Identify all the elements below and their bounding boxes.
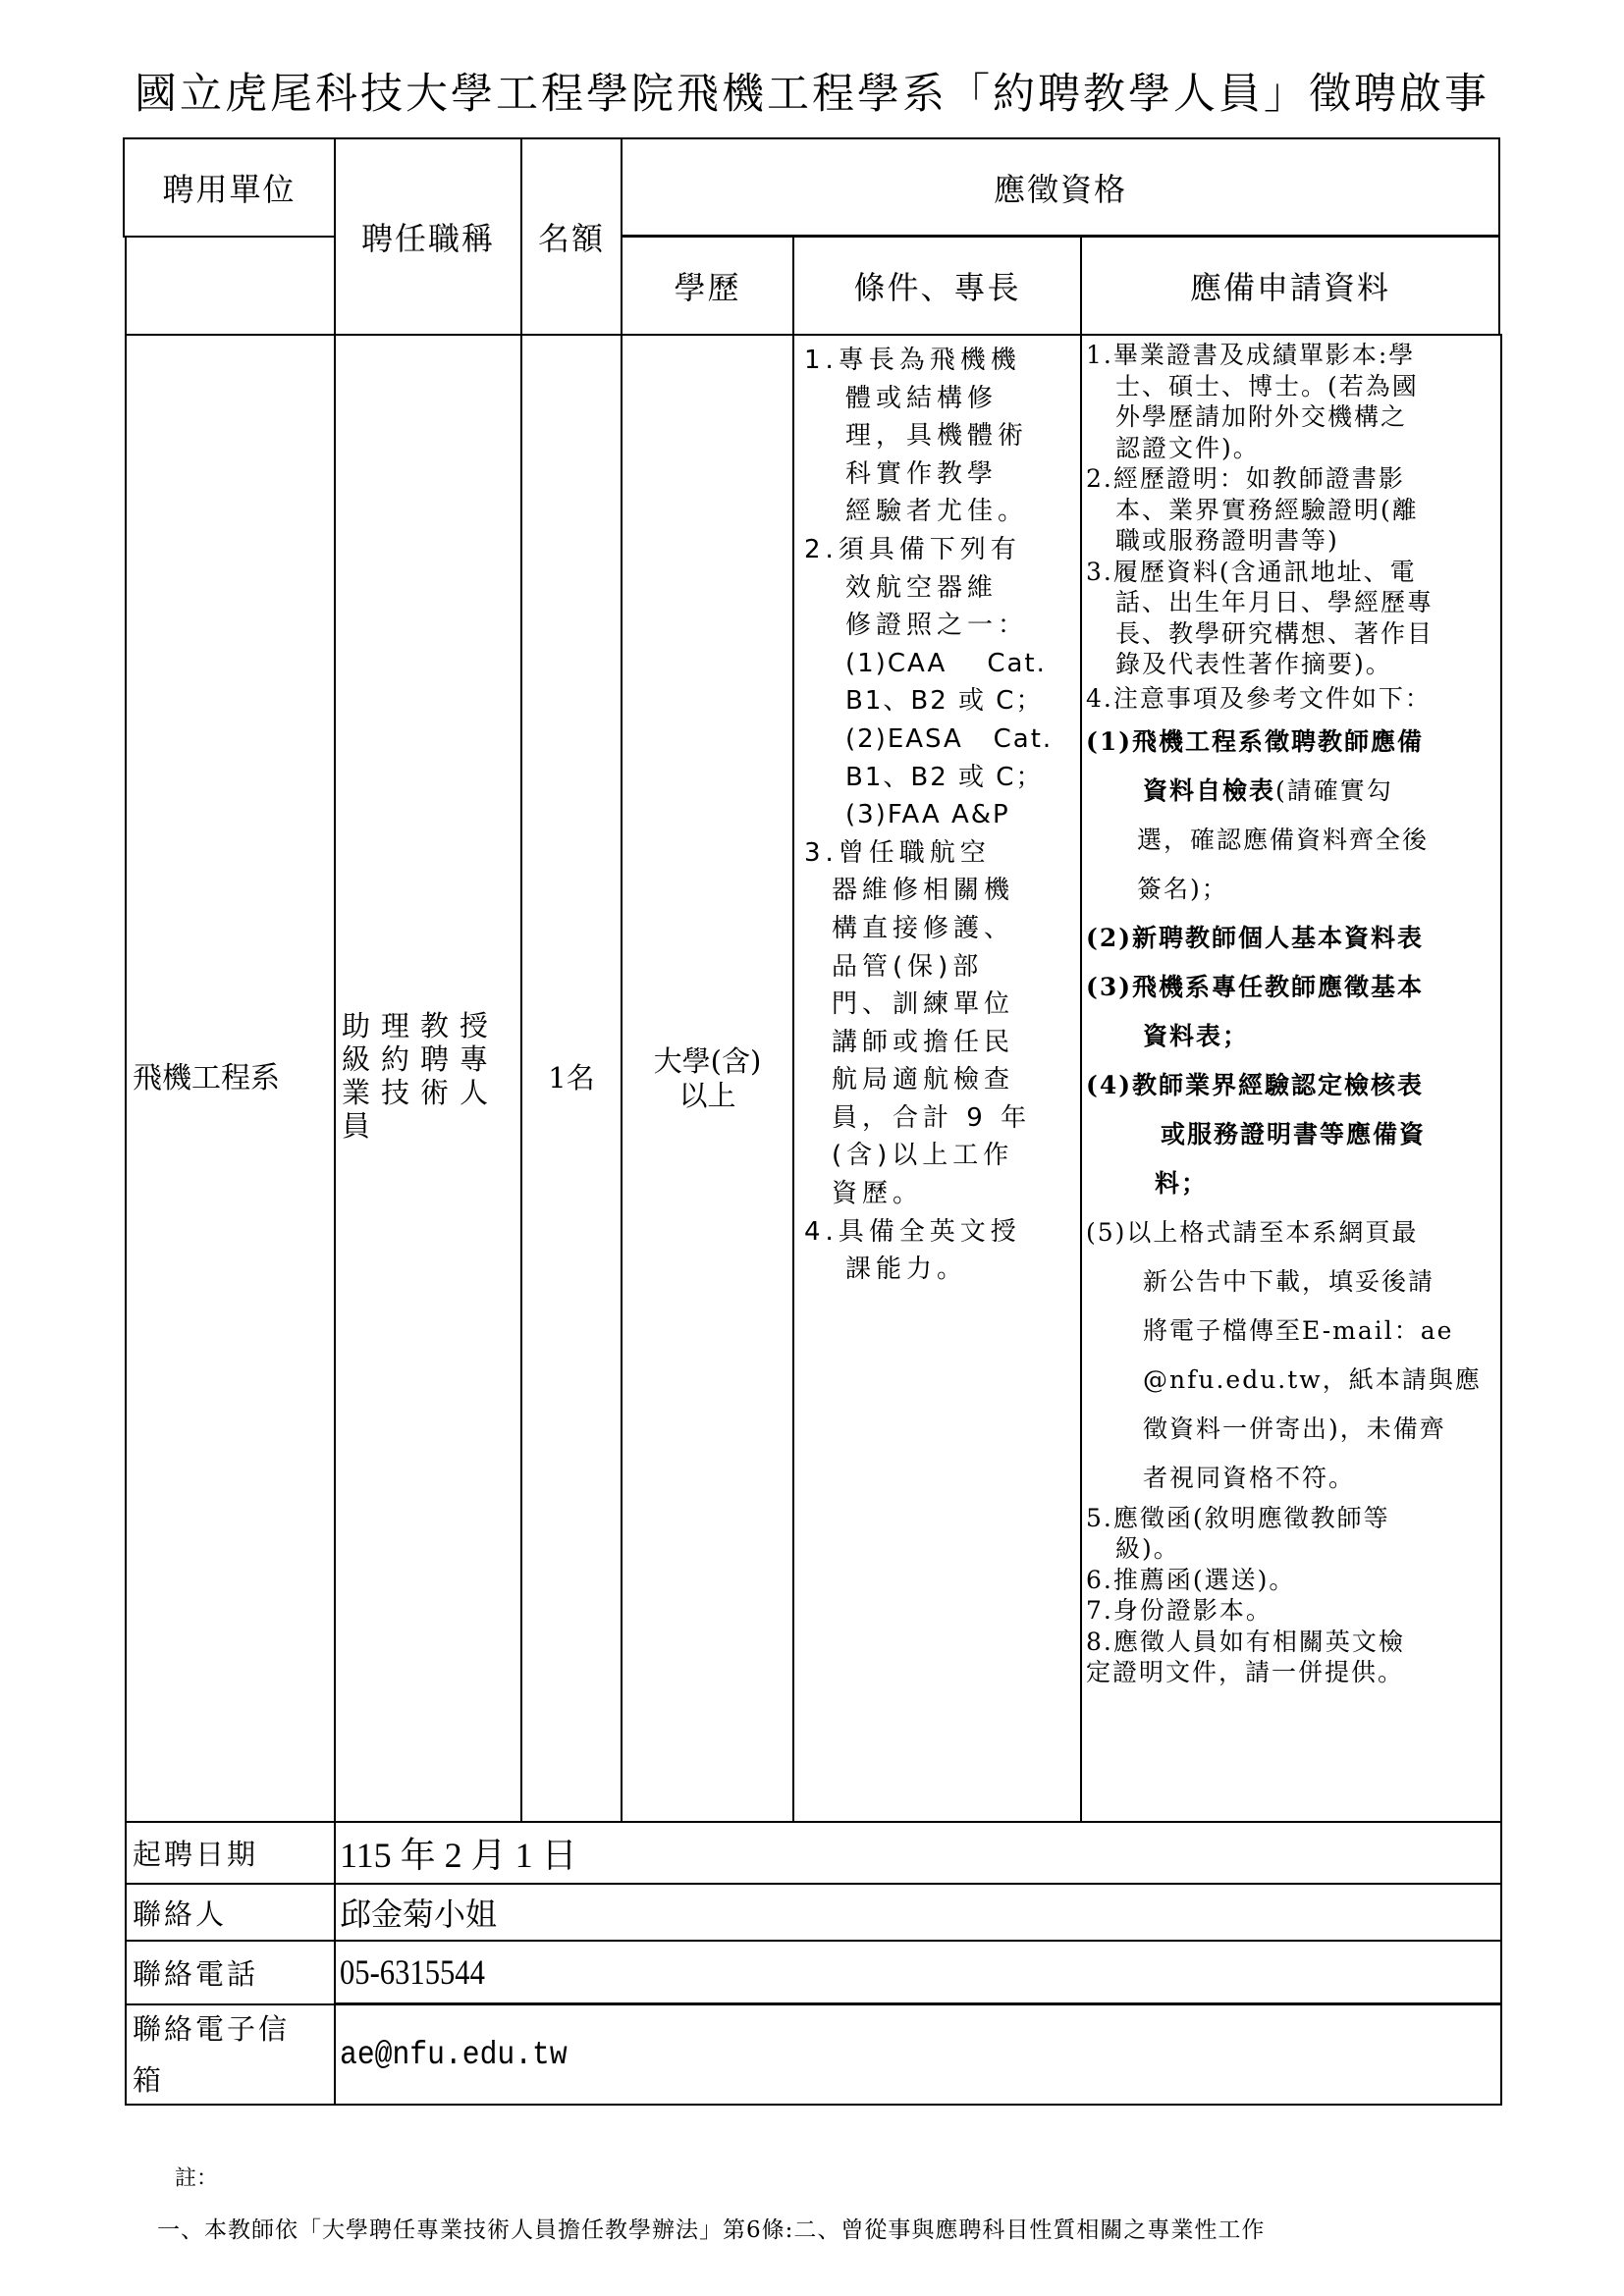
doc-sub-line: 資料表； <box>1086 1012 1494 1061</box>
doc-line: 認證文件)。 <box>1086 433 1494 464</box>
condition-line: 4.具備全英文授 <box>804 1213 1072 1252</box>
header-unit-blank <box>125 236 336 336</box>
doc-sub-line: 資料自檢表 <box>1143 776 1275 805</box>
contact-person-label: 聯絡人 <box>125 1883 336 1942</box>
cell-documents: 1.畢業證書及成績單影本:學 士、碩士、博士。(若為國 外學歷請加附外交機構之 … <box>1080 334 1502 1823</box>
doc-sub-item-1: (1)飛機工程系徵聘教師應備 資料自檢表(請確實勾 選，確認應備資料齊全後 簽名… <box>1086 718 1494 914</box>
condition-line: (2)EASA Cat. <box>804 721 1072 759</box>
doc-line: 2.經歷證明：如教師證書影 <box>1086 463 1494 495</box>
doc-line: 外學歷請加附外交機構之 <box>1086 401 1494 433</box>
start-date-label: 起聘日期 <box>125 1821 336 1885</box>
doc-sub-item-4: (4)教師業界經驗認定檢核表 或服務證明書等應備資 料； <box>1086 1061 1494 1208</box>
condition-line: 器維修相關機 <box>804 872 1072 910</box>
contact-person-value: 邱金菊小姐 <box>334 1883 1502 1942</box>
condition-line: (含)以上工作 <box>804 1137 1072 1175</box>
doc-sub-line: (3)飛機系專任教師應徵基本 <box>1086 973 1424 1001</box>
contact-phone-label: 聯絡電話 <box>125 1940 336 2005</box>
doc-line: 7.身份證影本。 <box>1086 1595 1494 1627</box>
note-line-1: 一、本教師依「大學聘任專業技術人員擔任教學辦法」第6條:二、曾從事與應聘科目性質… <box>157 2212 1265 2244</box>
contact-email-link[interactable]: ae@nfu.edu.tw <box>340 2037 568 2073</box>
header-quota: 名額 <box>520 137 623 336</box>
doc-sub-line: @nfu.edu.tw，紙本請與應 <box>1086 1356 1494 1405</box>
education-value-line1: 大學(含) <box>654 1044 762 1079</box>
cell-position: 助理教授級約聘專業技術人員 <box>334 334 522 1823</box>
doc-line: 士、碩士、博士。(若為國 <box>1086 371 1494 402</box>
start-date-value-text: 115 年 2 月 1 日 <box>340 1828 577 1878</box>
condition-line: 1.專長為飛機機 <box>804 342 1072 380</box>
header-unit-label: 聘用單位 <box>162 165 296 210</box>
condition-line: 2.須具備下列有 <box>804 531 1072 569</box>
condition-line: 講師或擔任民 <box>804 1024 1072 1062</box>
doc-line: 5.應徵函(敘明應徵教師等 <box>1086 1503 1494 1534</box>
doc-sub-line: 者視同資格不符。 <box>1086 1454 1494 1503</box>
header-conditions-label: 條件、專長 <box>853 263 1020 308</box>
position-value: 助理教授級約聘專業技術人員 <box>336 1009 514 1143</box>
doc-sub-line: 簽名)； <box>1086 865 1494 914</box>
doc-line: 職或服務證明書等) <box>1086 525 1494 557</box>
doc-sub-line: 將電子檔傳至E-mail：ae <box>1086 1307 1494 1356</box>
doc-line: 本、業界實務經驗證明(離 <box>1086 495 1494 526</box>
header-conditions: 條件、專長 <box>792 236 1082 336</box>
doc-line: 話、出生年月日、學經歷專 <box>1086 587 1494 618</box>
condition-line: 門、訓練單位 <box>804 986 1072 1024</box>
start-date-label-text: 起聘日期 <box>133 1833 258 1873</box>
header-documents-label: 應備申請資料 <box>1190 263 1390 308</box>
condition-line: 效航空器維 <box>804 569 1072 608</box>
cell-unit: 飛機工程系 <box>125 334 336 1823</box>
education-value-line2: 以上 <box>678 1079 735 1113</box>
doc-line: 6.推薦函(選送)。 <box>1086 1565 1494 1596</box>
contact-person-label-text: 聯絡人 <box>133 1893 227 1933</box>
header-quota-label: 名額 <box>538 214 605 259</box>
condition-line: 資歷。 <box>804 1175 1072 1213</box>
condition-line: 理，具機體術 <box>804 417 1072 455</box>
doc-sub-line: 料； <box>1086 1159 1494 1208</box>
condition-line: (1)CAA Cat. <box>804 645 1072 683</box>
condition-line: B1、B2 或 C； <box>804 759 1072 797</box>
header-education-label: 學歷 <box>674 263 740 308</box>
doc-sub-line-wrap: 資料自檢表(請確實勾 <box>1086 767 1494 816</box>
header-qualifications-label: 應徵資格 <box>994 165 1127 210</box>
condition-line: 課能力。 <box>804 1251 1072 1289</box>
doc-sub-line: (請確實勾 <box>1275 776 1393 805</box>
unit-value: 飛機工程系 <box>133 1061 280 1095</box>
condition-line: 科實作教學 <box>804 455 1072 494</box>
condition-line: 3.曾任職航空 <box>804 834 1072 873</box>
doc-sub-item-5: (5)以上格式請至本系網頁最 新公告中下載，填妥後請 將電子檔傳至E-mail：… <box>1086 1208 1494 1503</box>
page-title: 國立虎尾科技大學工程學院飛機工程學系「約聘教學人員」徵聘啟事 <box>0 61 1624 121</box>
contact-email-label: 聯絡電子信 箱 <box>125 2003 336 2106</box>
contact-email-value: ae@nfu.edu.tw <box>334 2003 1502 2106</box>
condition-line: 體或結構修 <box>804 380 1072 418</box>
cell-quota: 1名 <box>520 334 623 1823</box>
header-position-label: 聘任職稱 <box>361 214 495 259</box>
condition-line: 構直接修護、 <box>804 910 1072 948</box>
doc-line: 長、教學研究構想、著作目 <box>1086 618 1494 650</box>
doc-line: 定證明文件，請一併提供。 <box>1086 1657 1494 1688</box>
condition-line: 經驗者尤佳。 <box>804 493 1072 531</box>
condition-line: 修證照之一： <box>804 607 1072 645</box>
doc-sub-line: 選，確認應備資料齊全後 <box>1086 816 1494 865</box>
contact-phone-value: 05-6315544 <box>334 1940 1502 2005</box>
notes-heading: 註： <box>175 2162 218 2192</box>
doc-line: 級)。 <box>1086 1533 1494 1565</box>
header-unit: 聘用單位 <box>123 137 336 238</box>
doc-line: 1.畢業證書及成績單影本:學 <box>1086 340 1494 371</box>
doc-line: 4.注意事項及參考文件如下： <box>1086 680 1494 718</box>
contact-person-value-text: 邱金菊小姐 <box>340 1890 497 1935</box>
condition-line: B1、B2 或 C； <box>804 682 1072 721</box>
doc-line: 3.履歷資料(含通訊地址、電 <box>1086 557 1494 588</box>
doc-sub-line: 徵資料一併寄出)，未備齊 <box>1086 1405 1494 1454</box>
condition-line: (3)FAA A&P <box>804 796 1072 834</box>
doc-sub-line: (5)以上格式請至本系網頁最 <box>1086 1218 1418 1247</box>
doc-sub-line: (2)新聘教師個人基本資料表 <box>1086 924 1424 952</box>
contact-email-label-line2: 箱 <box>133 2055 164 2106</box>
doc-sub-line: 或服務證明書等應備資 <box>1086 1110 1494 1159</box>
doc-sub-line: (4)教師業界經驗認定檢核表 <box>1086 1071 1424 1099</box>
header-qualifications: 應徵資格 <box>621 137 1500 238</box>
header-documents: 應備申請資料 <box>1080 236 1500 336</box>
contact-phone-value-text: 05-6315544 <box>340 1951 485 1993</box>
start-date-value: 115 年 2 月 1 日 <box>334 1821 1502 1885</box>
contact-phone-label-text: 聯絡電話 <box>133 1952 258 1993</box>
doc-sub-line: (1)飛機工程系徵聘教師應備 <box>1086 727 1424 756</box>
header-position: 聘任職稱 <box>334 137 522 336</box>
condition-line: 品管(保)部 <box>804 948 1072 987</box>
cell-conditions: 1.專長為飛機機 體或結構修 理，具機體術 科實作教學 經驗者尤佳。 2.須具備… <box>792 334 1082 1823</box>
contact-email-label-line1: 聯絡電子信 <box>133 2003 290 2055</box>
doc-line: 8.應徵人員如有相關英文檢 <box>1086 1627 1494 1658</box>
header-education: 學歷 <box>621 236 794 336</box>
quota-value: 1名 <box>548 1061 594 1095</box>
condition-line: 航局適航檢查 <box>804 1061 1072 1099</box>
doc-sub-item-3: (3)飛機系專任教師應徵基本 資料表； <box>1086 963 1494 1061</box>
cell-education: 大學(含) 以上 <box>621 334 794 1823</box>
doc-sub-line: 新公告中下載，填妥後請 <box>1086 1257 1494 1307</box>
doc-sub-item-2: (2)新聘教師個人基本資料表 <box>1086 914 1494 963</box>
condition-line: 員，合計 9 年 <box>804 1099 1072 1138</box>
doc-line: 錄及代表性著作摘要)。 <box>1086 649 1494 680</box>
